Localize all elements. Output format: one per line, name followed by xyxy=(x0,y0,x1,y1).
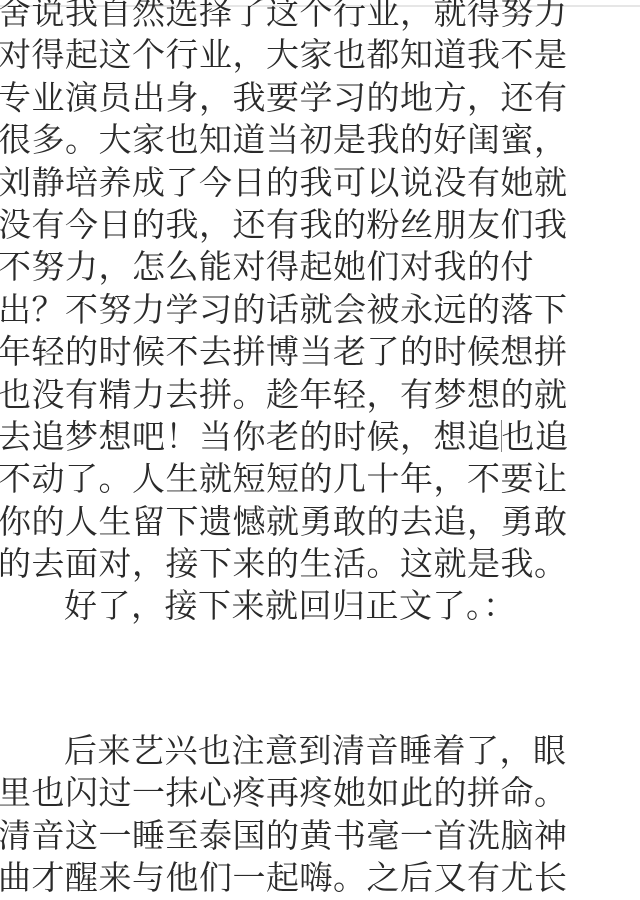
text-line: 的去面对，接下来的生活。这就是我。 xyxy=(0,543,640,585)
text-line-indented: 好了，接下来就回归正文了。： xyxy=(0,585,640,627)
text-after-cursor: 也追 xyxy=(502,417,569,456)
text-line: 年轻的时候不去拼博当老了的时候想拼 xyxy=(0,331,640,373)
text-before-cursor: 去追梦想吧！当你老的时候，想追 xyxy=(0,417,501,456)
text-line-with-cursor: 去追梦想吧！当你老的时候，想追也追 xyxy=(0,416,640,458)
text-line: 不动了。人生就短短的几十年，不要让 xyxy=(0,458,640,500)
text-line: 出？不努力学习的话就会被永远的落下 xyxy=(0,289,640,331)
document-body[interactable]: 舍说我自然选择了这个行业，就得努力 对得起这个行业，大家也都知道我不是 专业演员… xyxy=(0,0,640,899)
text-line: 刘静培养成了今日的我可以说没有她就 xyxy=(0,162,640,204)
text-line: 不努力，怎么能对得起她们对我的付 xyxy=(0,246,640,288)
text-line: 曲才醒来与他们一起嗨。之后又有尤长 xyxy=(0,857,640,899)
blank-spacer xyxy=(0,628,640,730)
text-line: 也没有精力去拼。趁年轻，有梦想的就 xyxy=(0,374,640,416)
paragraph-start-line: 后来艺兴也注意到清音睡着了，眼 xyxy=(0,730,640,772)
text-line: 专业演员出身，我要学习的地方，还有 xyxy=(0,77,640,119)
text-line: 很多。大家也知道当初是我的好闺蜜， xyxy=(0,119,640,161)
text-line: 清音这一睡至泰国的黄书毫一首洗脑神 xyxy=(0,815,640,857)
text-line: 对得起这个行业，大家也都知道我不是 xyxy=(0,34,640,76)
text-line: 舍说我自然选择了这个行业，就得努力 xyxy=(0,0,640,34)
text-line: 没有今日的我，还有我的粉丝朋友们我 xyxy=(0,204,640,246)
text-line: 里也闪过一抹心疼再疼她如此的拼命。 xyxy=(0,772,640,814)
text-line: 你的人生留下遗憾就勇敢的去追，勇敢 xyxy=(0,501,640,543)
